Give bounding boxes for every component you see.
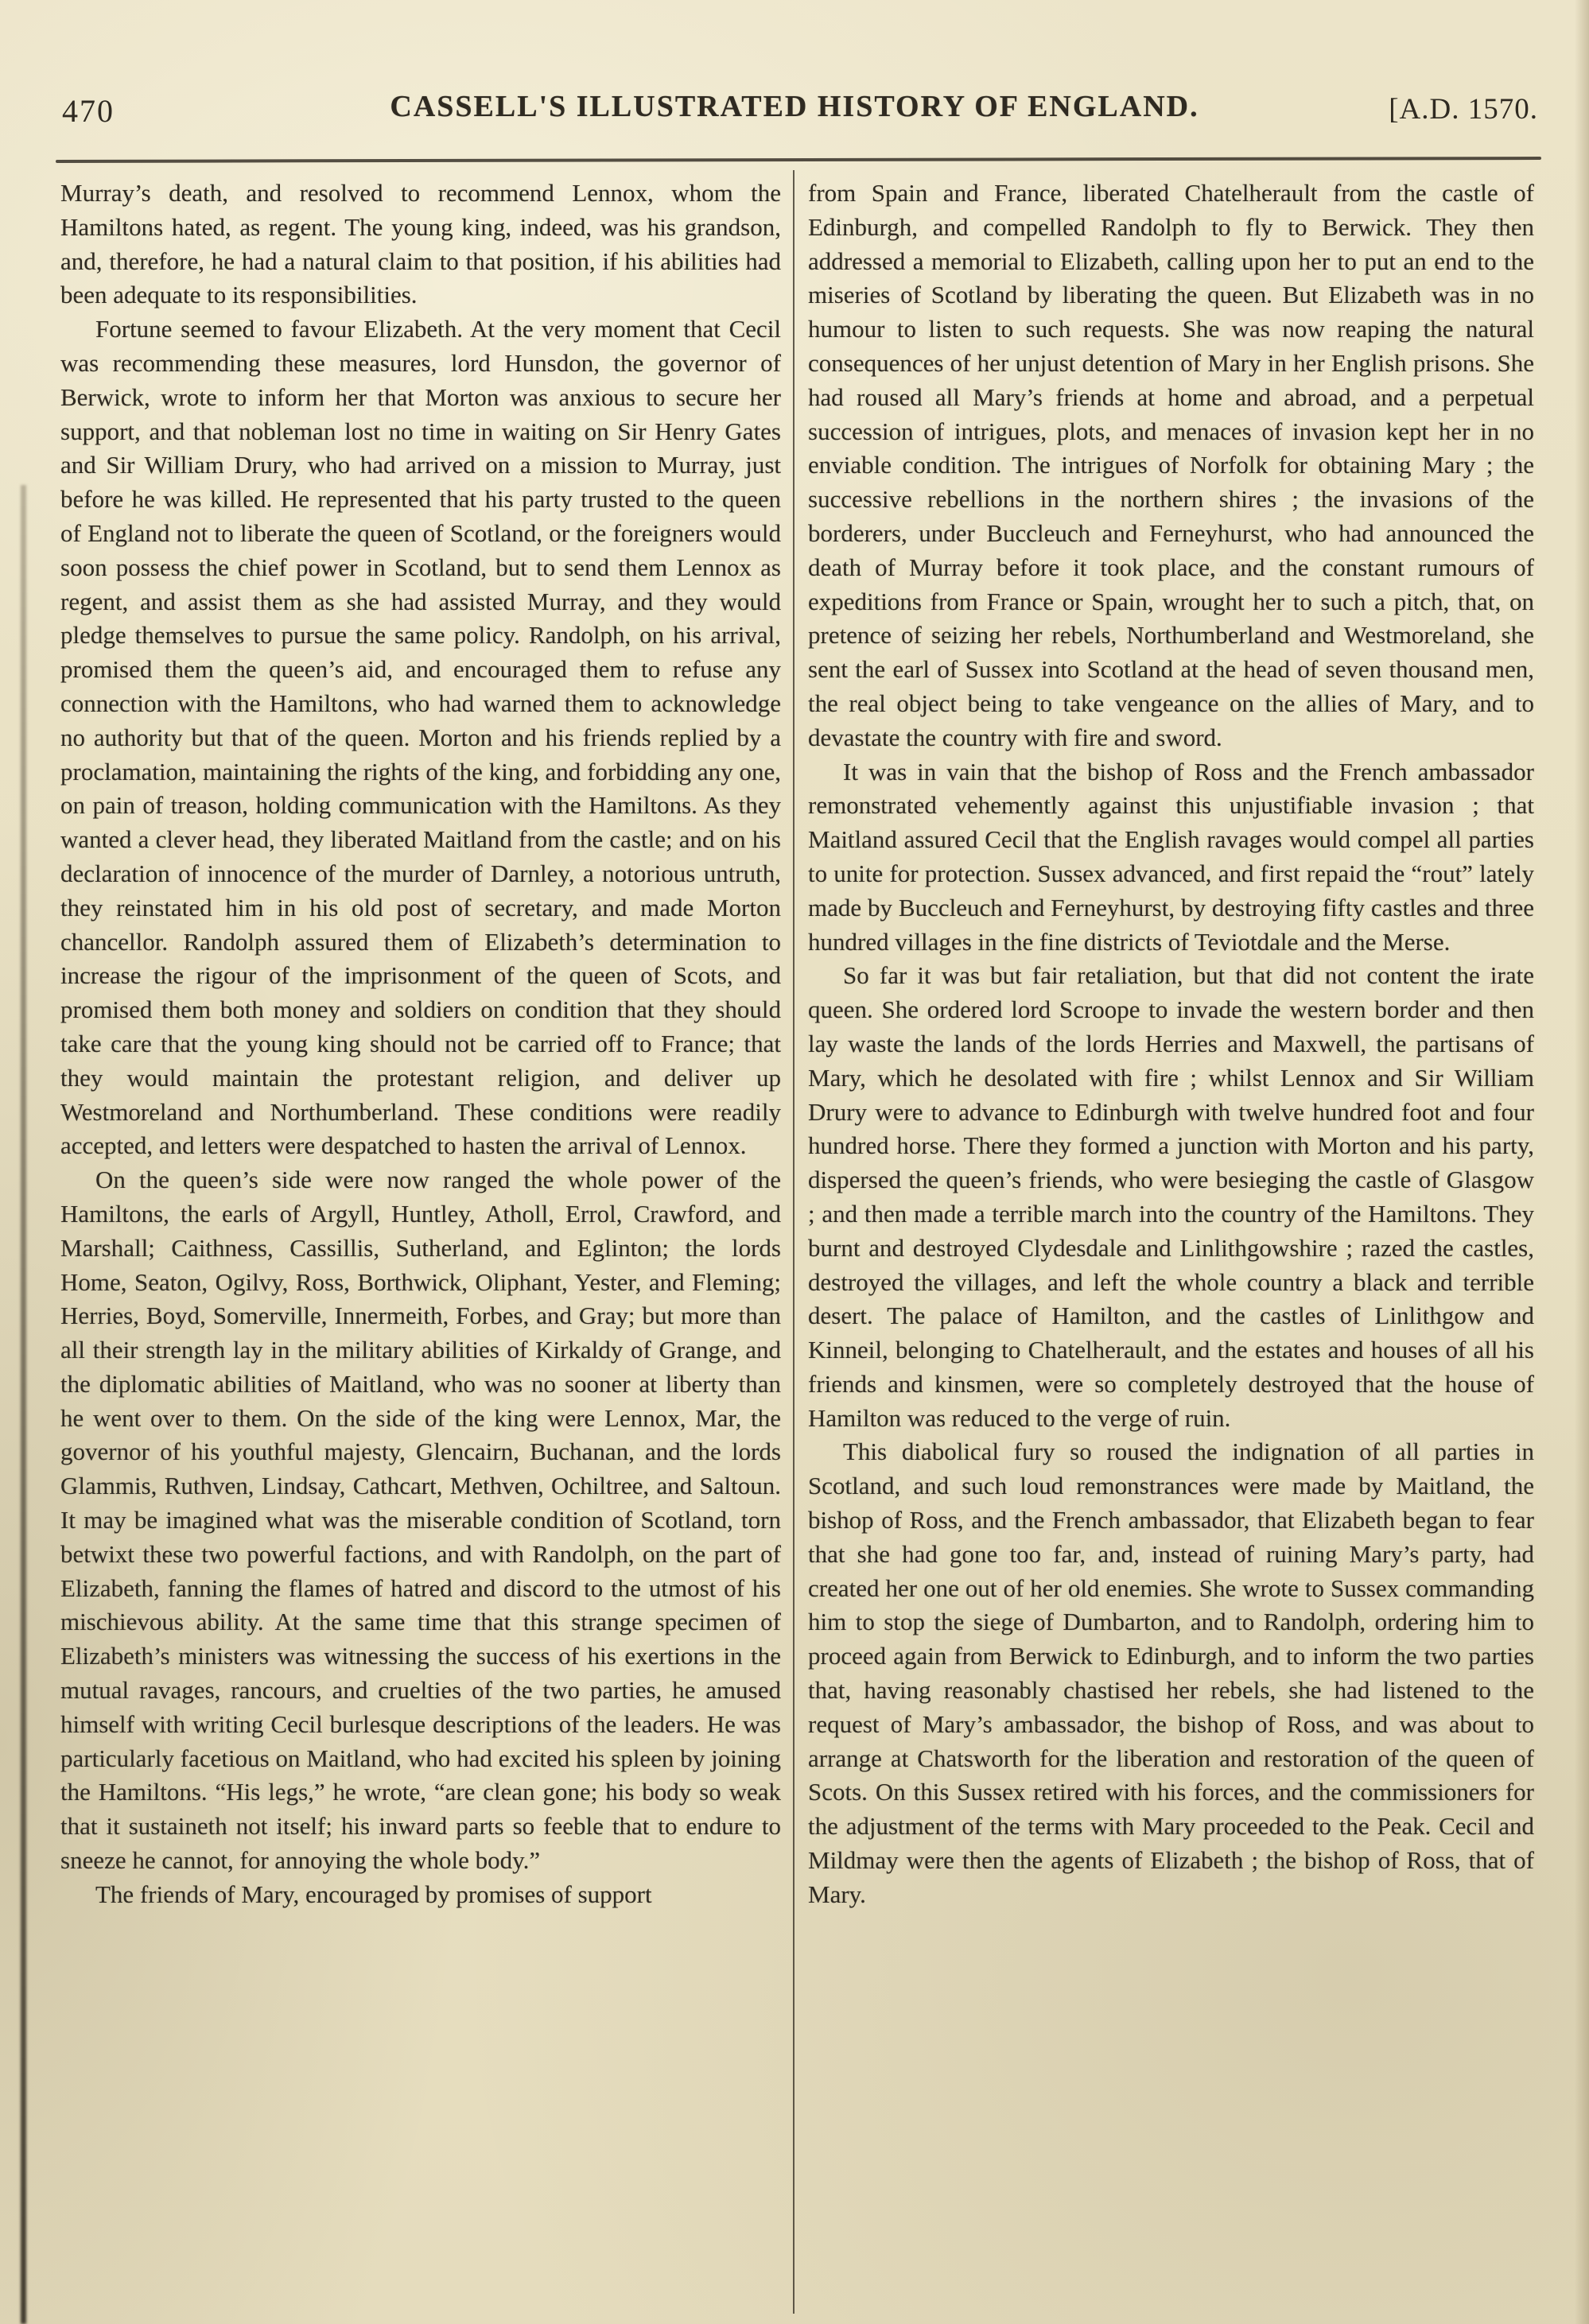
running-header-date: [A.D. 1570. bbox=[1389, 92, 1538, 126]
paragraph: It was in vain that the bishop of Ross a… bbox=[808, 755, 1534, 960]
paragraph: Fortune seemed to favour Elizabeth. At t… bbox=[60, 312, 781, 1163]
book-page: 470 CASSELL'S ILLUSTRATED HISTORY OF ENG… bbox=[0, 0, 1589, 2324]
paragraph: This diabolical fury so roused the indig… bbox=[808, 1435, 1534, 1911]
scan-gutter-shadow bbox=[21, 485, 26, 2324]
header-rule bbox=[56, 157, 1541, 163]
right-column: from Spain and France, liberated Chatelh… bbox=[808, 177, 1534, 1912]
paragraph: On the queen’s side were now ranged the … bbox=[60, 1163, 781, 1878]
scan-edge-shadow bbox=[1575, 0, 1589, 2324]
paragraph: Murray’s death, and resolved to recommen… bbox=[60, 177, 781, 312]
running-header-title: CASSELL'S ILLUSTRATED HISTORY OF ENGLAND… bbox=[0, 89, 1589, 124]
paragraph: from Spain and France, liberated Chatelh… bbox=[808, 177, 1534, 755]
column-divider bbox=[793, 170, 794, 2314]
left-column: Murray’s death, and resolved to recommen… bbox=[60, 177, 781, 1912]
paragraph: So far it was but fair retaliation, but … bbox=[808, 959, 1534, 1435]
paragraph: The friends of Mary, encouraged by promi… bbox=[60, 1878, 781, 1912]
